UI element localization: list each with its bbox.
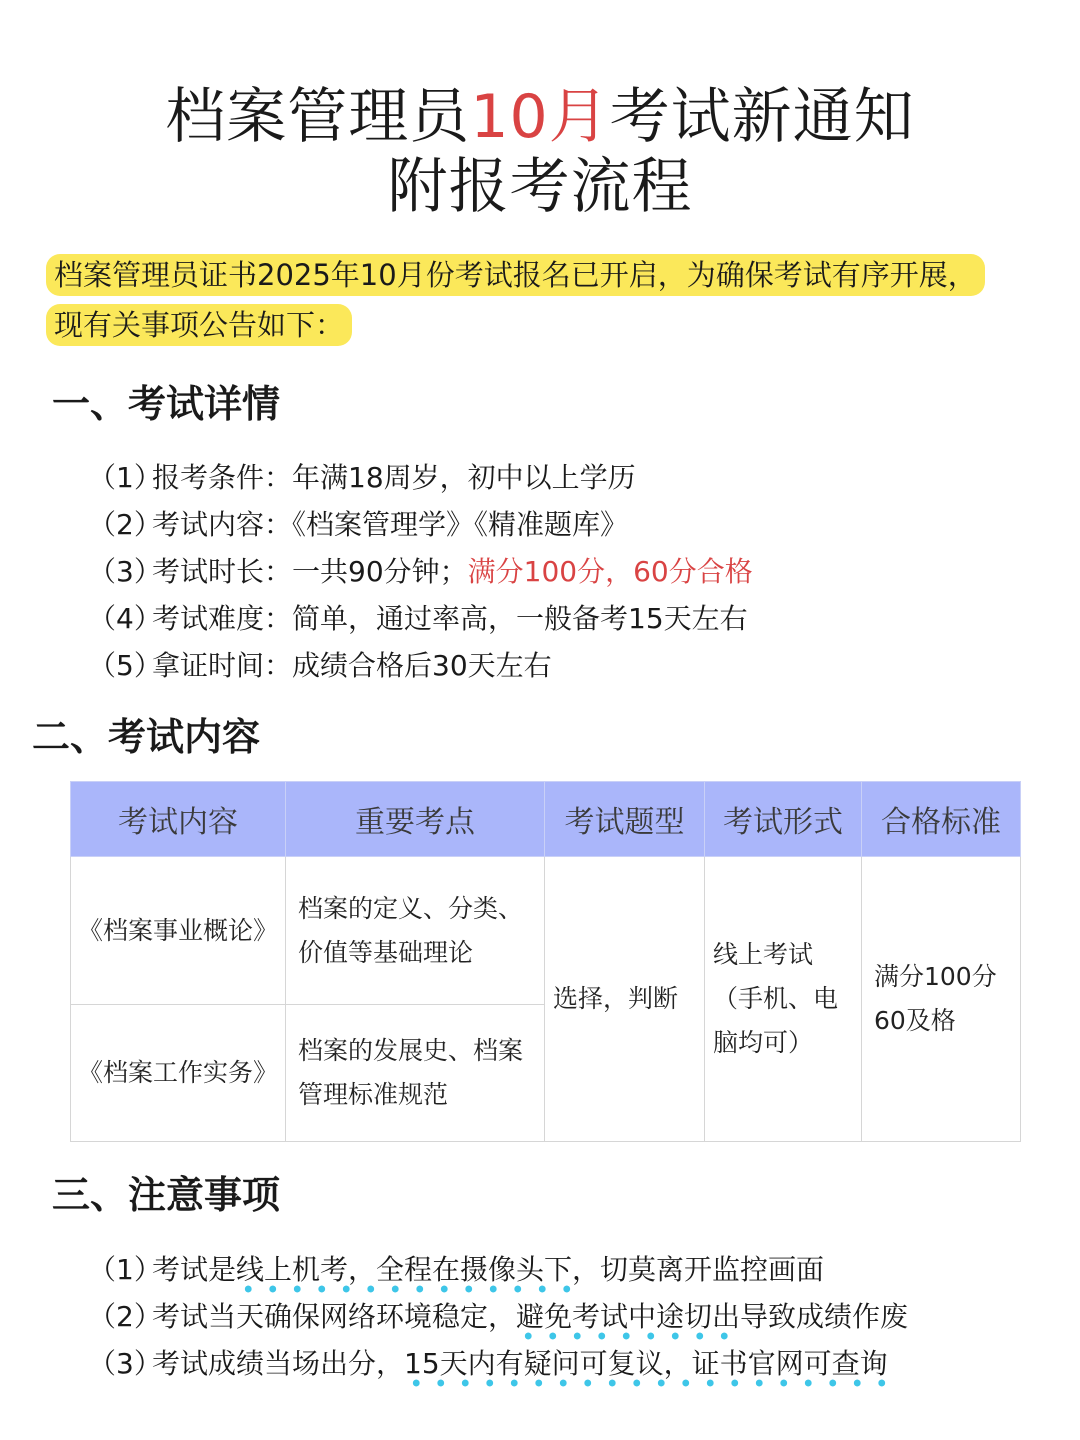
- emphasis-dotted: 15天内有疑问可复议，证书官网可查询: [404, 1347, 888, 1388]
- cell-content: 《档案事业概论》: [71, 857, 286, 1005]
- list-item: （5）拿证时间：成绩合格后30天左右: [88, 642, 753, 689]
- title-line-2: 附报考流程: [0, 152, 1080, 222]
- column-header: 考试题型: [545, 782, 705, 857]
- list-item: （3）考试时长：一共90分钟；满分100分，60分合格: [88, 548, 753, 595]
- title-accent-month: 10月: [470, 82, 609, 152]
- table-row: 《档案事业概论》 档案的定义、分类、价值等基础理论 选择，判断 线上考试（手机、…: [71, 857, 1021, 1005]
- title-line-1: 档案管理员10月考试新通知: [0, 82, 1080, 152]
- notes-list: （1）考试是线上机考，全程在摄像头下，切莫离开监控画面 （2）考试当天确保网络环…: [88, 1246, 908, 1387]
- page-title: 档案管理员10月考试新通知 附报考流程: [0, 82, 1080, 222]
- score-highlight: 满分100分，60分合格: [468, 555, 753, 588]
- section-heading-notes: 三、注意事项: [52, 1171, 280, 1219]
- emphasis-dotted: 线上机考，全程在摄像头下: [236, 1253, 572, 1294]
- exam-content-table: 考试内容 重要考点 考试题型 考试形式 合格标准 《档案事业概论》 档案的定义、…: [70, 781, 1021, 1142]
- list-item: （1）报考条件：年满18周岁，初中以上学历: [88, 454, 753, 501]
- column-header: 考试形式: [705, 782, 862, 857]
- cell-content: 《档案工作实务》: [71, 1005, 286, 1142]
- exam-details-list: （1）报考条件：年满18周岁，初中以上学历 （2）考试内容：《档案管理学》《精准…: [88, 454, 753, 689]
- list-item: （3）考试成绩当场出分，15天内有疑问可复议，证书官网可查询: [88, 1340, 908, 1387]
- cell-points: 档案的发展史、档案管理标准规范: [286, 1005, 545, 1142]
- list-item: （2）考试当天确保网络环境稳定，避免考试中途切出导致成绩作废: [88, 1293, 908, 1340]
- column-header: 合格标准: [862, 782, 1021, 857]
- intro-notice: 档案管理员证书2025年10月份考试报名已开启，为确保考试有序开展，现有关事项公…: [46, 250, 986, 350]
- list-item: （1）考试是线上机考，全程在摄像头下，切莫离开监控画面: [88, 1246, 908, 1293]
- column-header: 考试内容: [71, 782, 286, 857]
- intro-highlight: 档案管理员证书2025年10月份考试报名已开启，为确保考试有序开展，现有关事项公…: [46, 254, 985, 346]
- column-header: 重要考点: [286, 782, 545, 857]
- list-item: （2）考试内容：《档案管理学》《精准题库》: [88, 501, 753, 548]
- emphasis-dotted: 避免考试中途切出: [516, 1300, 740, 1341]
- section-heading-exam-details: 一、考试详情: [52, 380, 280, 428]
- table-header-row: 考试内容 重要考点 考试题型 考试形式 合格标准: [71, 782, 1021, 857]
- cell-exam-format: 线上考试（手机、电脑均可）: [705, 857, 862, 1142]
- cell-question-type: 选择，判断: [545, 857, 705, 1142]
- list-item: （4）考试难度：简单，通过率高，一般备考15天左右: [88, 595, 753, 642]
- cell-pass-standard: 满分100分 60及格: [862, 857, 1021, 1142]
- cell-points: 档案的定义、分类、价值等基础理论: [286, 857, 545, 1005]
- section-heading-exam-content: 二、考试内容: [32, 713, 260, 761]
